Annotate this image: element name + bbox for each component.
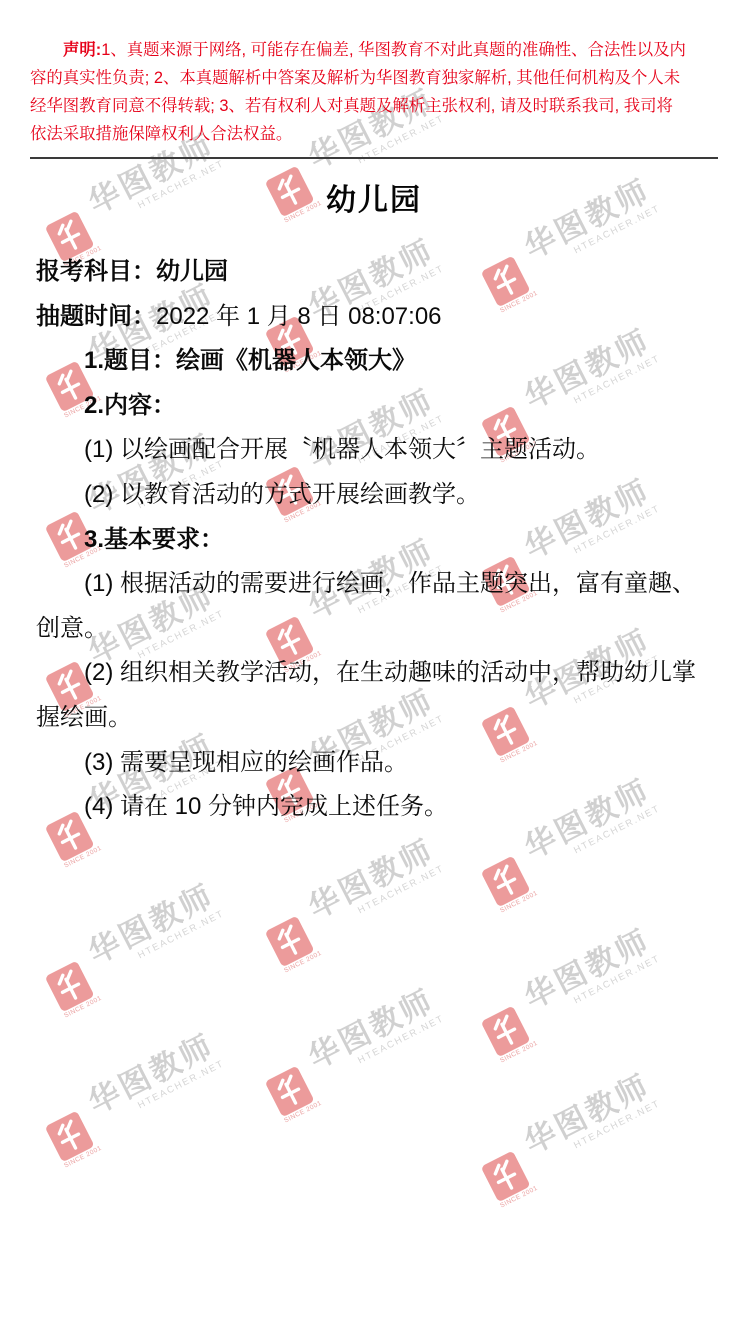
watermark-logo-subtext: SINCE 2001: [283, 950, 323, 975]
watermark-logo-subtext: SINCE 2001: [499, 890, 539, 915]
body-line: 2.内容：: [36, 384, 712, 429]
page-title: 幼儿园: [0, 175, 748, 219]
draw-time-value: 2022 年 1 月 8 日 08:07:06: [156, 303, 442, 330]
watermark-brand-text: 华图教师: [519, 1068, 657, 1161]
document-content: 声明:1、真题来源于网络, 可能存在偏差, 华图教育不对此真题的准确性、合法性以…: [0, 36, 748, 830]
body-line: (1) 根据活动的需要进行绘画，作品主题突出，富有童趣、: [36, 562, 712, 607]
huatu-logo-icon: SINCE 2001: [45, 958, 103, 1019]
watermark-logo-subtext: SINCE 2001: [283, 1100, 323, 1125]
watermark: SINCE 2001华图教师HTEACHER.NET: [38, 1028, 235, 1170]
huatu-logo-icon: SINCE 2001: [265, 1063, 323, 1124]
watermark: SINCE 2001华图教师HTEACHER.NET: [258, 833, 455, 975]
watermark-text: 华图教师HTEACHER.NET: [83, 1028, 226, 1131]
watermark-brand-text: 华图教师: [303, 833, 441, 926]
draw-time-line: 抽题时间：2022 年 1 月 8 日 08:07:06: [36, 295, 712, 340]
watermark-brand-text: 华图教师: [83, 1028, 221, 1121]
watermark-logo-subtext: SINCE 2001: [63, 845, 103, 870]
body-line: (3) 需要呈现相应的绘画作品。: [36, 741, 712, 786]
watermark-url-text: HTEACHER.NET: [356, 1013, 446, 1066]
watermark-text: 华图教师HTEACHER.NET: [303, 983, 446, 1086]
watermark-url-text: HTEACHER.NET: [572, 1098, 662, 1151]
watermark-url-text: HTEACHER.NET: [572, 953, 662, 1006]
body-line: 3.基本要求：: [36, 518, 712, 563]
watermark-logo-subtext: SINCE 2001: [499, 1040, 539, 1065]
body-line: (1) 以绘画配合开展〝机器人本领大〞主题活动。: [36, 428, 712, 473]
disclaimer: 声明:1、真题来源于网络, 可能存在偏差, 华图教育不对此真题的准确性、合法性以…: [30, 36, 718, 148]
body-line: (2) 组织相关教学活动，在生动趣味的活动中，帮助幼儿掌: [36, 651, 712, 696]
disclaimer-line: 声明:1、真题来源于网络, 可能存在偏差, 华图教育不对此真题的准确性、合法性以…: [30, 36, 718, 64]
huatu-logo-icon: SINCE 2001: [481, 1003, 539, 1064]
watermark-logo-subtext: SINCE 2001: [499, 1185, 539, 1210]
watermark-text: 华图教师HTEACHER.NET: [519, 1068, 662, 1171]
subject-line: 报考科目：幼儿园: [36, 250, 712, 295]
watermark: SINCE 2001华图教师HTEACHER.NET: [474, 923, 671, 1065]
watermark-brand-text: 华图教师: [83, 878, 221, 971]
subject-value: 幼儿园: [156, 258, 228, 285]
body-line: (2) 以教育活动的方式开展绘画教学。: [36, 473, 712, 518]
watermark-logo-subtext: SINCE 2001: [63, 1145, 103, 1170]
watermark-brand-text: 华图教师: [519, 923, 657, 1016]
body-line: 创意。: [36, 607, 712, 652]
body-line: (4) 请在 10 分钟内完成上述任务。: [36, 785, 712, 830]
huatu-logo-icon: SINCE 2001: [481, 1148, 539, 1209]
watermark-text: 华图教师HTEACHER.NET: [303, 833, 446, 936]
watermark-brand-text: 华图教师: [303, 983, 441, 1076]
watermark: SINCE 2001华图教师HTEACHER.NET: [474, 1068, 671, 1210]
document-body: 报考科目：幼儿园 抽题时间：2022 年 1 月 8 日 08:07:06 1.…: [36, 250, 712, 830]
question-lines: 1.题目：绘画《机器人本领大》2.内容：(1) 以绘画配合开展〝机器人本领大〞主…: [36, 339, 712, 830]
disclaimer-text: 1、真题来源于网络, 可能存在偏差, 华图教育不对此真题的准确性、合法性以及内: [101, 41, 686, 59]
disclaimer-line: 容的真实性负责; 2、本真题解析中答案及解析为华图教育独家解析, 其他任何机构及…: [30, 64, 718, 92]
draw-time-label: 抽题时间：: [36, 303, 156, 330]
huatu-logo-icon: SINCE 2001: [265, 913, 323, 974]
subject-label: 报考科目：: [36, 258, 156, 285]
body-line: 握绘画。: [36, 696, 712, 741]
watermark-logo-subtext: SINCE 2001: [63, 995, 103, 1020]
document-page: SINCE 2001华图教师HTEACHER.NETSINCE 2001华图教师…: [0, 0, 748, 1335]
watermark-url-text: HTEACHER.NET: [356, 863, 446, 916]
watermark: SINCE 2001华图教师HTEACHER.NET: [258, 983, 455, 1125]
watermark-text: 华图教师HTEACHER.NET: [83, 878, 226, 981]
body-line: 1.题目：绘画《机器人本领大》: [36, 339, 712, 384]
watermark: SINCE 2001华图教师HTEACHER.NET: [38, 878, 235, 1020]
watermark-url-text: HTEACHER.NET: [136, 908, 226, 961]
disclaimer-prefix: 声明:: [63, 41, 101, 59]
watermark-url-text: HTEACHER.NET: [136, 1058, 226, 1111]
divider: [30, 157, 718, 159]
huatu-logo-icon: SINCE 2001: [481, 853, 539, 914]
disclaimer-line: 经华图教育同意不得转载; 3、若有权利人对真题及解析主张权利, 请及时联系我司,…: [30, 92, 718, 120]
disclaimer-line: 依法采取措施保障权利人合法权益。: [30, 120, 718, 148]
huatu-logo-icon: SINCE 2001: [45, 1108, 103, 1169]
watermark-text: 华图教师HTEACHER.NET: [519, 923, 662, 1026]
